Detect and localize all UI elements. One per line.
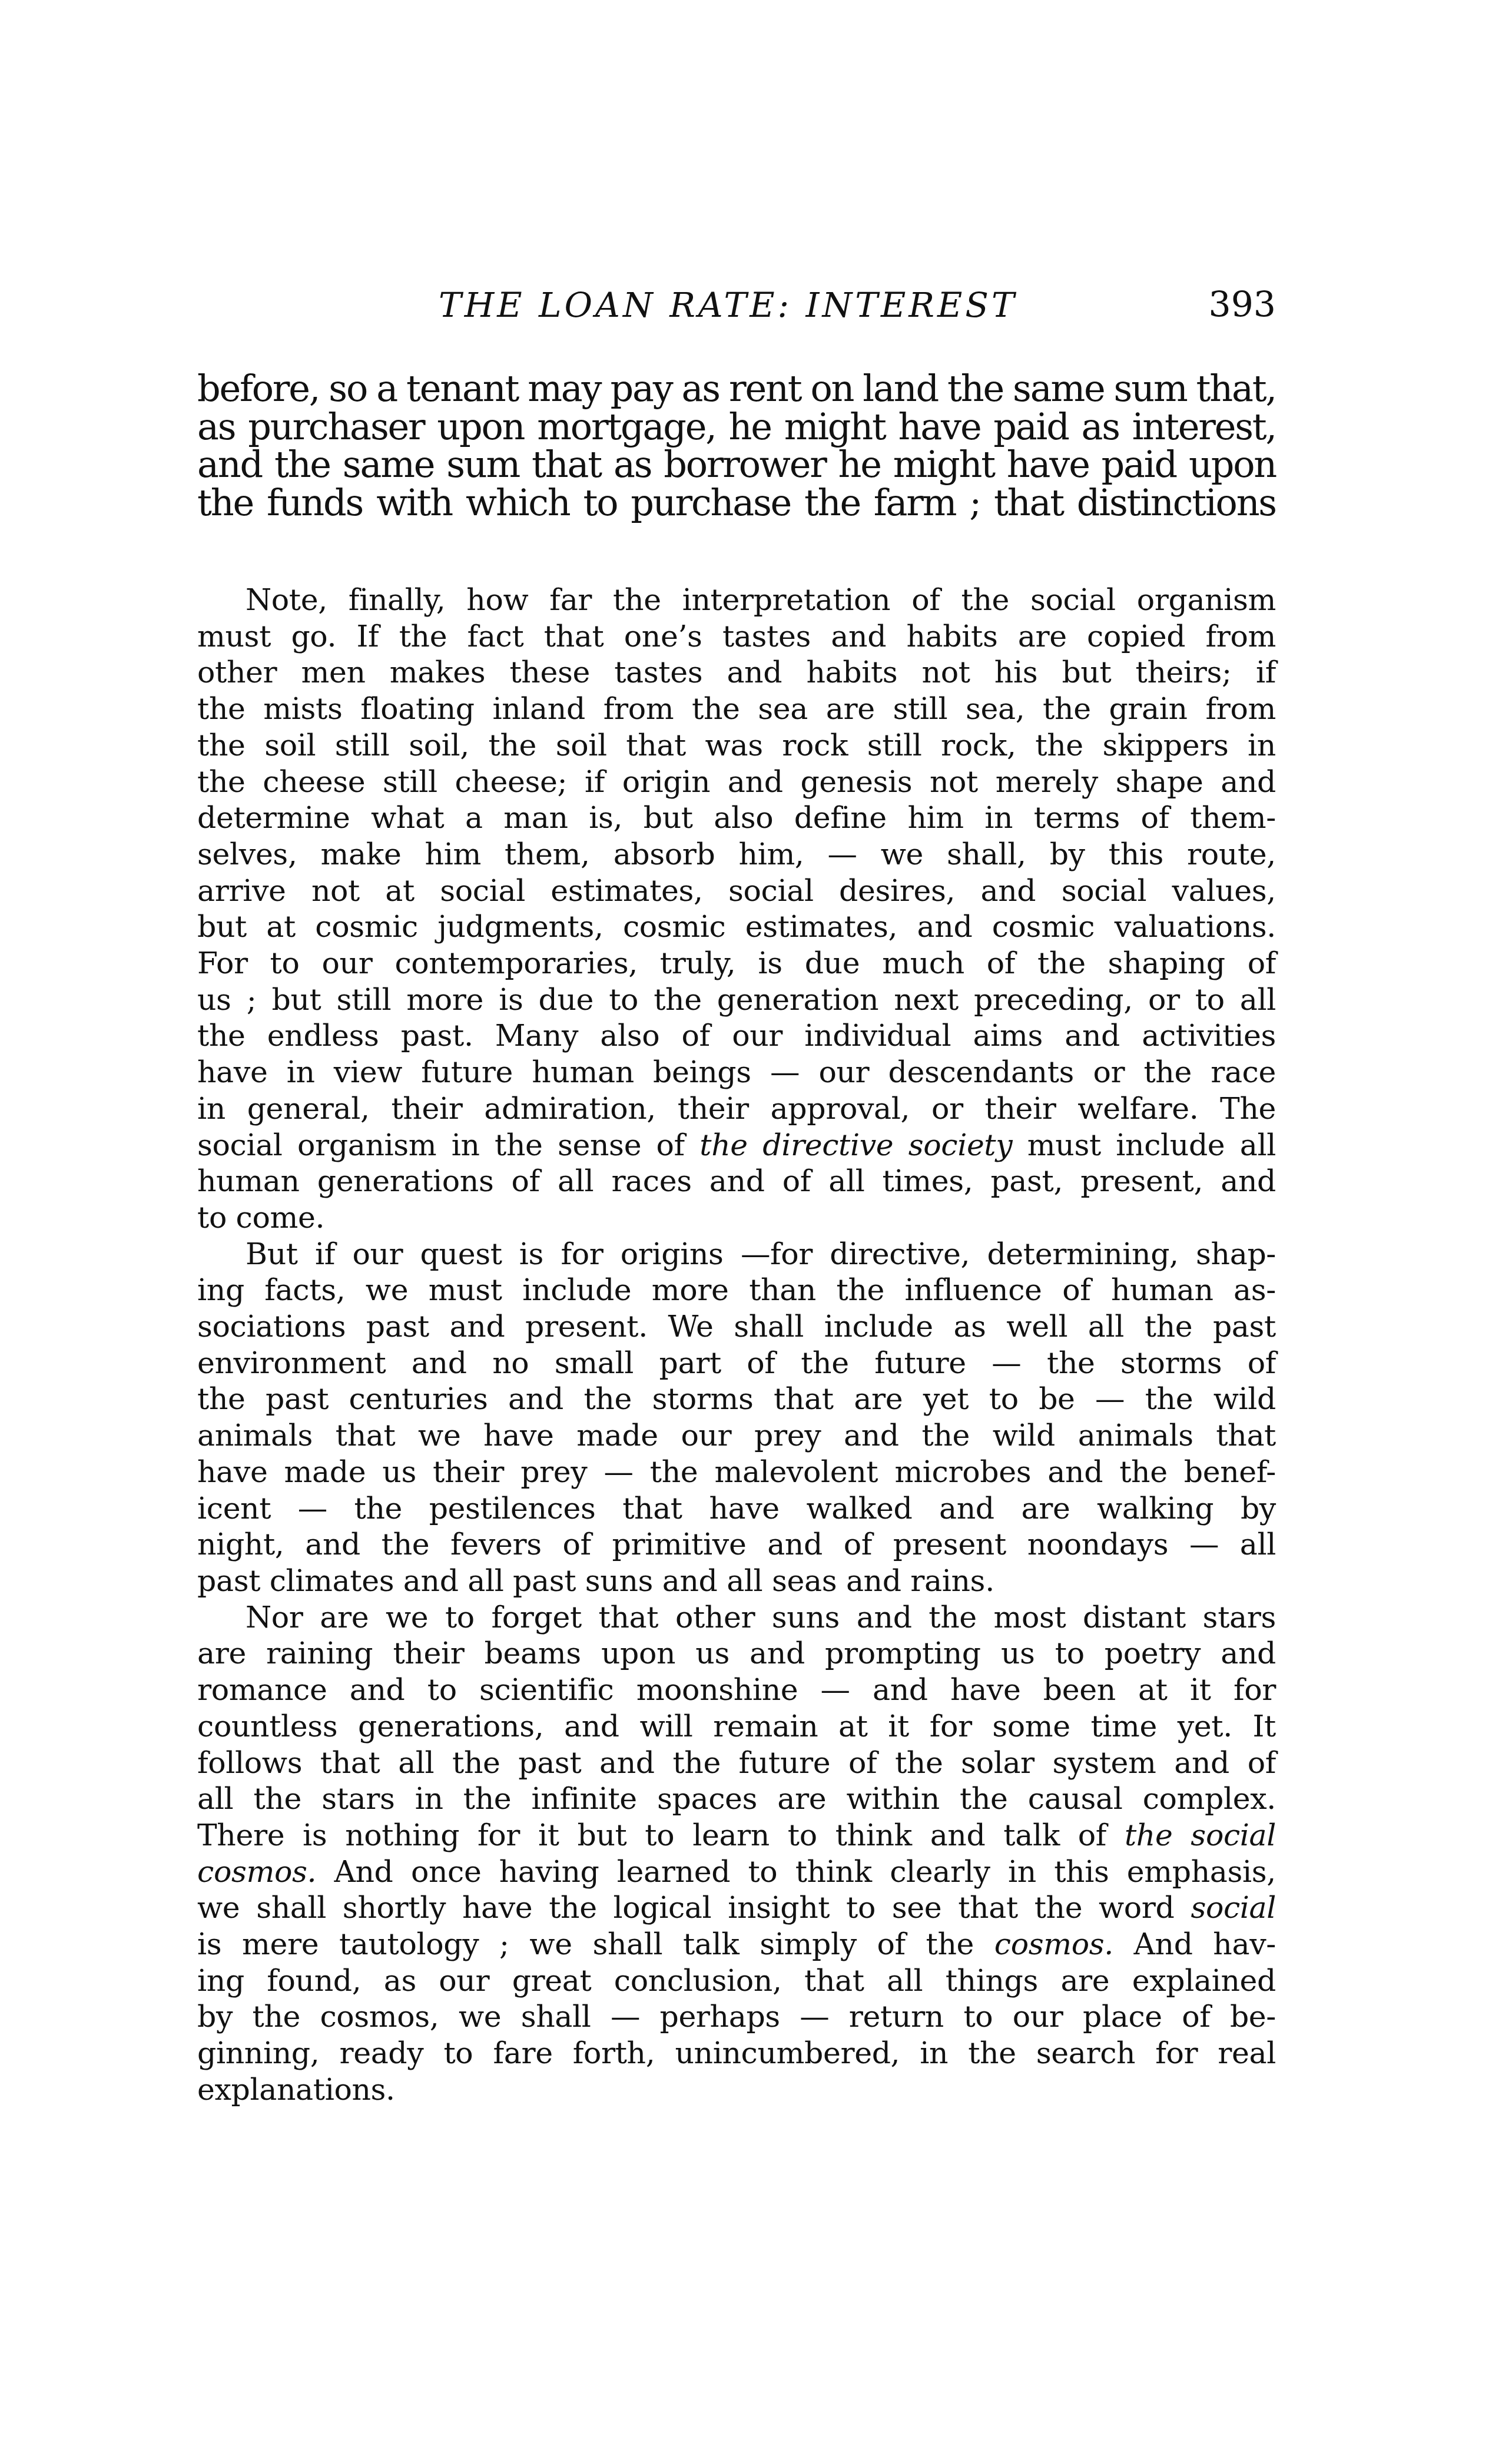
footnote-line: have made us their prey — the malevolent… (197, 1454, 1276, 1490)
footnote-line: social organism in the sense of the dire… (197, 1127, 1276, 1164)
footnote: Note, finally, how far the interpretatio… (197, 582, 1276, 2108)
footnote-line: icent — the pestilences that have walked… (197, 1490, 1276, 1527)
footnote-line: Nor are we to forget that other suns and… (197, 1599, 1276, 1636)
running-head-title: THE LOAN RATE: INTEREST (439, 281, 1017, 329)
footnote-line: the soil still soil, the soil that was r… (197, 727, 1276, 764)
main-text: before, so a tenant may pay as rent on l… (197, 370, 1276, 522)
footnote-line: past climates and all past suns and all … (197, 1563, 1276, 1599)
footnote-line: the mists floating inland from the sea a… (197, 691, 1276, 727)
footnote-line: the cheese still cheese; if origin and g… (197, 764, 1276, 800)
footnote-line: ing facts, we must include more than the… (197, 1272, 1276, 1308)
footnote-line: human generations of all races and of al… (197, 1163, 1276, 1199)
footnote-line: by the cosmos, we shall — perhaps — retu… (197, 1998, 1276, 2035)
footnote-text: social organism in the sense of (197, 1128, 699, 1162)
footnote-line: must go. If the fact that one’s tastes a… (197, 618, 1276, 655)
footnote-line: are raining their beams upon us and prom… (197, 1635, 1276, 1672)
footnote-line: us ; but still more is due to the genera… (197, 982, 1276, 1018)
footnote-line: animals that we have made our prey and t… (197, 1417, 1276, 1454)
footnote-line: Note, finally, how far the interpretatio… (197, 582, 1276, 618)
italic-emphasis: social (1191, 1890, 1276, 1925)
footnote-text: is mere tautology ; we shall talk simply… (197, 1927, 994, 1961)
italic-emphasis: cosmos. (197, 1854, 316, 1889)
main-text-line: as purchaser upon mortgage, he might hav… (197, 408, 1276, 446)
footnote-line: but at cosmic judgments, cosmic estimate… (197, 909, 1276, 945)
footnote-text: we shall shortly have the logical insigh… (197, 1890, 1191, 1925)
footnote-line: ginning, ready to fare forth, unincumber… (197, 2035, 1276, 2071)
book-page: THE LOAN RATE: INTEREST 393 before, so a… (0, 0, 1512, 2456)
page-number: 393 (1208, 281, 1276, 329)
footnote-line: environment and no small part of the fut… (197, 1345, 1276, 1381)
main-text-line: before, so a tenant may pay as rent on l… (197, 370, 1276, 408)
italic-emphasis: cosmos. (994, 1927, 1113, 1961)
footnote-line: countless generations, and will remain a… (197, 1708, 1276, 1745)
footnote-line: explanations. (197, 2071, 1276, 2108)
footnote-text: must include all (1012, 1128, 1276, 1162)
footnote-line: There is nothing for it but to learn to … (197, 1817, 1276, 1854)
footnote-line: have in view future human beings — our d… (197, 1054, 1276, 1091)
footnote-line: follows that all the past and the future… (197, 1745, 1276, 1781)
footnote-line: other men makes these tastes and habits … (197, 654, 1276, 691)
footnote-text: And hav- (1113, 1927, 1276, 1961)
main-text-line: the funds with which to purchase the far… (197, 484, 1276, 522)
footnote-line: romance and to scientific moonshine — an… (197, 1672, 1276, 1708)
italic-emphasis: the directive society (699, 1128, 1012, 1162)
footnote-line: determine what a man is, but also define… (197, 800, 1276, 836)
running-head: THE LOAN RATE: INTEREST 393 (197, 281, 1276, 329)
footnote-line: the endless past. Many also of our indiv… (197, 1017, 1276, 1054)
italic-emphasis: the social (1125, 1818, 1276, 1852)
footnote-text: And once having learned to think clearly… (316, 1854, 1276, 1889)
footnote-line: sociations past and present. We shall in… (197, 1308, 1276, 1345)
footnote-line: ing found, as our great conclusion, that… (197, 1963, 1276, 1999)
footnote-line: is mere tautology ; we shall talk simply… (197, 1926, 1276, 1963)
footnote-text: There is nothing for it but to learn to … (197, 1818, 1125, 1852)
footnote-line: to come. (197, 1199, 1276, 1236)
main-text-line: and the same sum that as borrower he mig… (197, 446, 1276, 484)
footnote-line: we shall shortly have the logical insigh… (197, 1890, 1276, 1926)
footnote-line: all the stars in the infinite spaces are… (197, 1781, 1276, 1817)
footnote-line: For to our contemporaries, truly, is due… (197, 945, 1276, 982)
footnote-line: night, and the fevers of primitive and o… (197, 1526, 1276, 1563)
footnote-line: arrive not at social estimates, social d… (197, 873, 1276, 909)
footnote-line: in general, their admiration, their appr… (197, 1091, 1276, 1127)
footnote-line: the past centuries and the storms that a… (197, 1381, 1276, 1417)
footnote-line: But if our quest is for origins —for dir… (197, 1236, 1276, 1272)
footnote-line: selves, make him them, absorb him, — we … (197, 836, 1276, 873)
footnote-line: cosmos. And once having learned to think… (197, 1854, 1276, 1890)
